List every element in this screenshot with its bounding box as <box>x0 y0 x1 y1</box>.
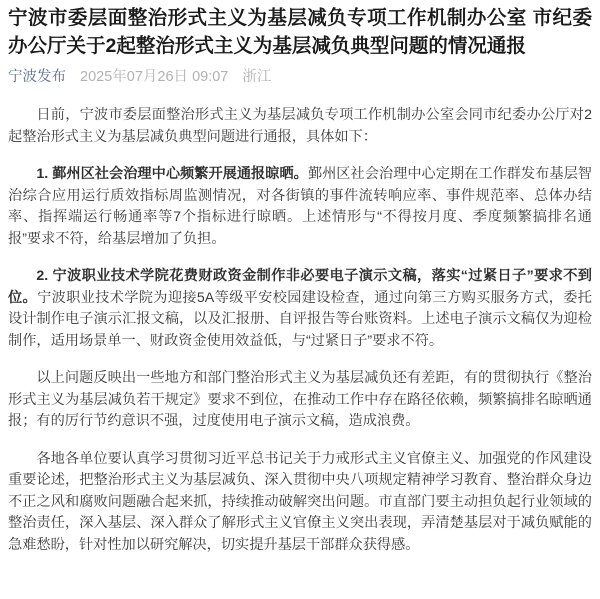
paragraph-text: 以上问题反映出一些地方和部门整治形式主义为基层减负还有差距，有的贯彻执行《整治形… <box>8 370 592 429</box>
article-title: 宁波市委层面整治形式主义为基层减负专项工作机制办公室 市纪委办公厅关于2起整治形… <box>8 4 592 60</box>
paragraph: 1. 鄞州区社会治理中心频繁开展通报晾晒。鄞州区社会治理中心定期在工作群发布基层… <box>8 164 592 250</box>
paragraph-text: 宁波职业技术学院为迎接5A等级平安校园建设检查，通过向第三方购买服务方式，委托设… <box>8 290 592 349</box>
paragraph-lead: 1. 鄞州区社会治理中心频繁开展通报晾晒。 <box>36 166 308 182</box>
paragraph-text: 各地各单位要认真学习贯彻习近平总书记关于力戒形式主义官僚主义、加强党的作风建设重… <box>8 451 592 553</box>
publish-datetime: 2025年07月26日 09:07 <box>80 69 228 85</box>
paragraph: 以上问题反映出一些地方和部门整治形式主义为基层减负还有差距，有的贯彻执行《整治形… <box>8 368 592 433</box>
paragraph: 日前，宁波市委层面整治形式主义为基层减负专项工作机制办公室会同市纪委办公厅对2起… <box>8 105 592 148</box>
paragraph-text: 日前，宁波市委层面整治形式主义为基层减负专项工作机制办公室会同市纪委办公厅对2起… <box>8 107 592 145</box>
article-meta: 宁波发布 2025年07月26日 09:07 浙江 <box>8 67 592 87</box>
publish-location: 浙江 <box>242 69 271 85</box>
account-name-link[interactable]: 宁波发布 <box>8 69 66 85</box>
article-body: 日前，宁波市委层面整治形式主义为基层减负专项工作机制办公室会同市纪委办公厅对2起… <box>8 105 592 556</box>
paragraph: 各地各单位要认真学习贯彻习近平总书记关于力戒形式主义官僚主义、加强党的作风建设重… <box>8 449 592 557</box>
paragraph: 2. 宁波职业技术学院花费财政资金制作非必要电子演示文稿，落实“过紧日子”要求不… <box>8 266 592 352</box>
article-page: 宁波市委层面整治形式主义为基层减负专项工作机制办公室 市纪委办公厅关于2起整治形… <box>0 0 600 556</box>
